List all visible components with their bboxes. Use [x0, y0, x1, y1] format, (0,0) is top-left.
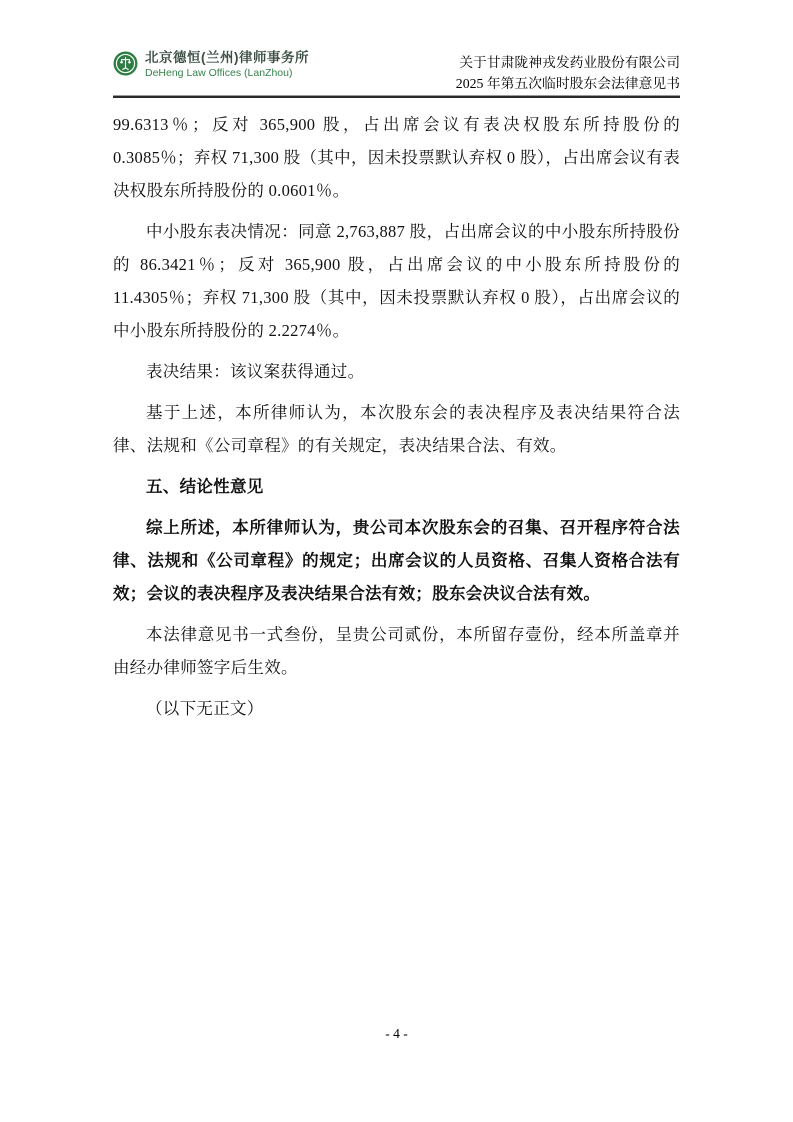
paragraph-minority-shareholder-vote: 中小股东表决情况：同意 2,763,887 股，占出席会议的中小股东所持股份的 … [113, 215, 680, 347]
paragraph-conclusion: 综上所述，本所律师认为，贵公司本次股东会的召集、召开程序符合法律、法规和《公司章… [113, 511, 680, 610]
page-number: - 4 - [0, 1026, 793, 1042]
paragraph-no-more-text: （以下无正文） [113, 692, 680, 725]
law-firm-name-english: DeHeng Law Offices (LanZhou) [145, 67, 309, 80]
header-divider [113, 95, 680, 98]
section-heading-conclusion: 五、结论性意见 [113, 470, 680, 503]
paragraph-continuation: 99.6313％；反对 365,900 股，占出席会议有表决权股东所持股份的 0… [113, 108, 680, 207]
law-firm-brand: 北京德恒(兰州)律师事务所 DeHeng Law Offices (LanZho… [113, 50, 309, 80]
document-body: 99.6313％；反对 365,900 股，占出席会议有表决权股东所持股份的 0… [113, 108, 680, 733]
document-title: 关于甘肃陇神戎发药业股份有限公司 2025 年第五次临时股东会法律意见书 [456, 52, 680, 94]
law-firm-name-chinese: 北京德恒(兰州)律师事务所 [145, 50, 309, 66]
law-firm-names: 北京德恒(兰州)律师事务所 DeHeng Law Offices (LanZho… [145, 50, 309, 80]
paragraph-copies: 本法律意见书一式叁份，呈贵公司贰份，本所留存壹份，经本所盖章并由经办律师签字后生… [113, 618, 680, 684]
paragraph-vote-result: 表决结果：该议案获得通过。 [113, 355, 680, 388]
document-title-line2: 2025 年第五次临时股东会法律意见书 [456, 73, 680, 94]
paragraph-lawyer-opinion: 基于上述，本所律师认为，本次股东会的表决程序及表决结果符合法律、法规和《公司章程… [113, 396, 680, 462]
law-firm-logo-icon [113, 51, 138, 76]
document-title-line1: 关于甘肃陇神戎发药业股份有限公司 [456, 52, 680, 73]
document-page: 北京德恒(兰州)律师事务所 DeHeng Law Offices (LanZho… [0, 0, 793, 1122]
page-header: 北京德恒(兰州)律师事务所 DeHeng Law Offices (LanZho… [113, 50, 680, 94]
